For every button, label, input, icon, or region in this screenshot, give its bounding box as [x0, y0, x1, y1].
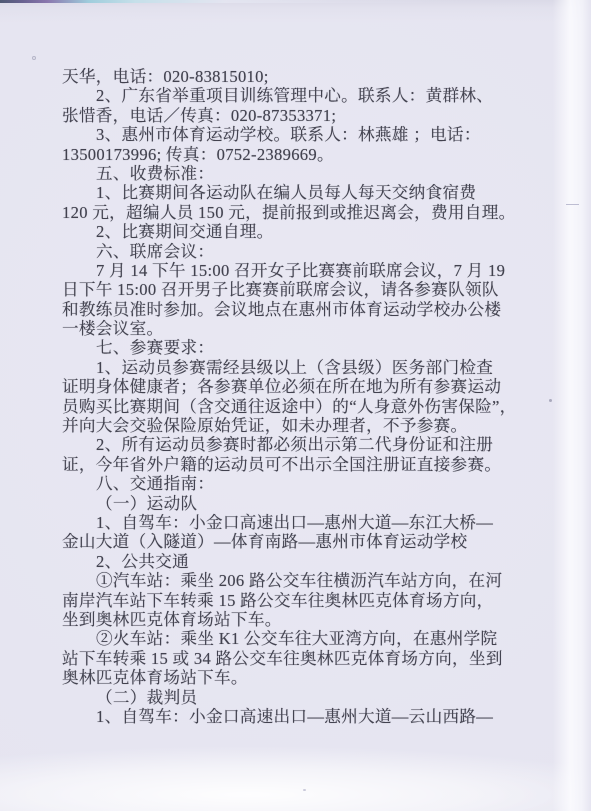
text-line: 120 元，超编人员 150 元，提前报到或推迟离会，费用自理。 [62, 203, 500, 222]
text-line: 奥林匹克体育场站下车。 [62, 668, 500, 687]
text-line: ①汽车站：乘坐 206 路公交车往横沥汽车站方向，在河 [62, 571, 500, 590]
text-line: 3、惠州市体育运动学校。联系人：林燕雄 ；电话： [62, 125, 500, 144]
text-line: 员购买比赛期间（含交通往返途中）的“人身意外伤害保险”， [62, 397, 500, 416]
text-line: ②火车站：乘坐 K1 公交车往大亚湾方向，在惠州学院 [62, 629, 500, 648]
text-line: 张惜香，电话／传真：020-87353371; [62, 106, 500, 125]
text-line: 1、自驾车：小金口高速出口—惠州大道—云山西路— [62, 707, 500, 726]
text-line: 日下午 15:00 召开男子比赛赛前联席会议，请各参赛队领队 [62, 280, 500, 299]
text-line: 五、收费标准： [62, 164, 500, 183]
text-line: 证，今年省外户籍的运动员可不出示全国注册证直接参赛。 [62, 455, 500, 474]
text-line: 六、联席会议： [62, 242, 500, 261]
text-line: （一）运动队 [62, 494, 500, 513]
text-line: （二）裁判员 [62, 688, 500, 707]
text-line: 和教练员准时参加。会议地点在惠州市体育运动学校办公楼 [62, 300, 500, 319]
text-line: 天华，电话：020-83815010; [62, 67, 500, 86]
scan-scratch [566, 204, 579, 205]
text-line: 站下车转乘 15 或 34 路公交车往奥林匹克体育场方向，坐到 [62, 649, 500, 668]
text-line: 南岸汽车站下车转乘 15 路公交车往奥林匹克体育场方向， [62, 591, 500, 610]
text-line: 金山大道（入隧道）—体育南路—惠州市体育运动学校 [62, 532, 500, 551]
text-line: 并向大会交验保险原始凭证，如未办理者，不予参赛。 [62, 416, 500, 435]
text-line: 七、参赛要求： [62, 338, 500, 357]
text-line: 坐到奥林匹克体育场站下车。 [62, 610, 500, 629]
text-line: 证明身体健康者；各参赛单位必须在所在地为所有参赛运动 [62, 377, 500, 396]
text-line: 1、运动员参赛需经县级以上（含县级）医务部门检查 [62, 358, 500, 377]
scanned-page: 天华，电话：020-83815010;2、广东省举重项目训练管理中心。联系人：黄… [0, 0, 591, 811]
text-line: 2、所有运动员参赛时都必须出示第二代身份证和注册 [62, 435, 500, 454]
text-line: 7 月 14 下午 15:00 召开女子比赛赛前联席会议，7 月 19 [62, 261, 500, 280]
text-line: 13500173996; 传真：0752-2389669。 [62, 145, 500, 164]
scan-speck [32, 56, 36, 60]
scan-speck [303, 789, 306, 791]
scan-speck [549, 399, 552, 402]
text-line: 1、比赛期间各运动队在编人员每人每天交纳食宿费 [62, 183, 500, 202]
text-line: 2、公共交通 [62, 552, 500, 571]
text-line: 1、自驾车：小金口高速出口—惠州大道—东江大桥— [62, 513, 500, 532]
text-line: 八、交通指南： [62, 474, 500, 493]
text-line: 一楼会议室。 [62, 319, 500, 338]
page-text: 天华，电话：020-83815010;2、广东省举重项目训练管理中心。联系人：黄… [62, 67, 500, 726]
text-line: 2、比赛期间交通自理。 [62, 222, 500, 241]
scanner-edge-strip [0, 0, 591, 3]
text-line: 2、广东省举重项目训练管理中心。联系人：黄群林、 [62, 86, 500, 105]
